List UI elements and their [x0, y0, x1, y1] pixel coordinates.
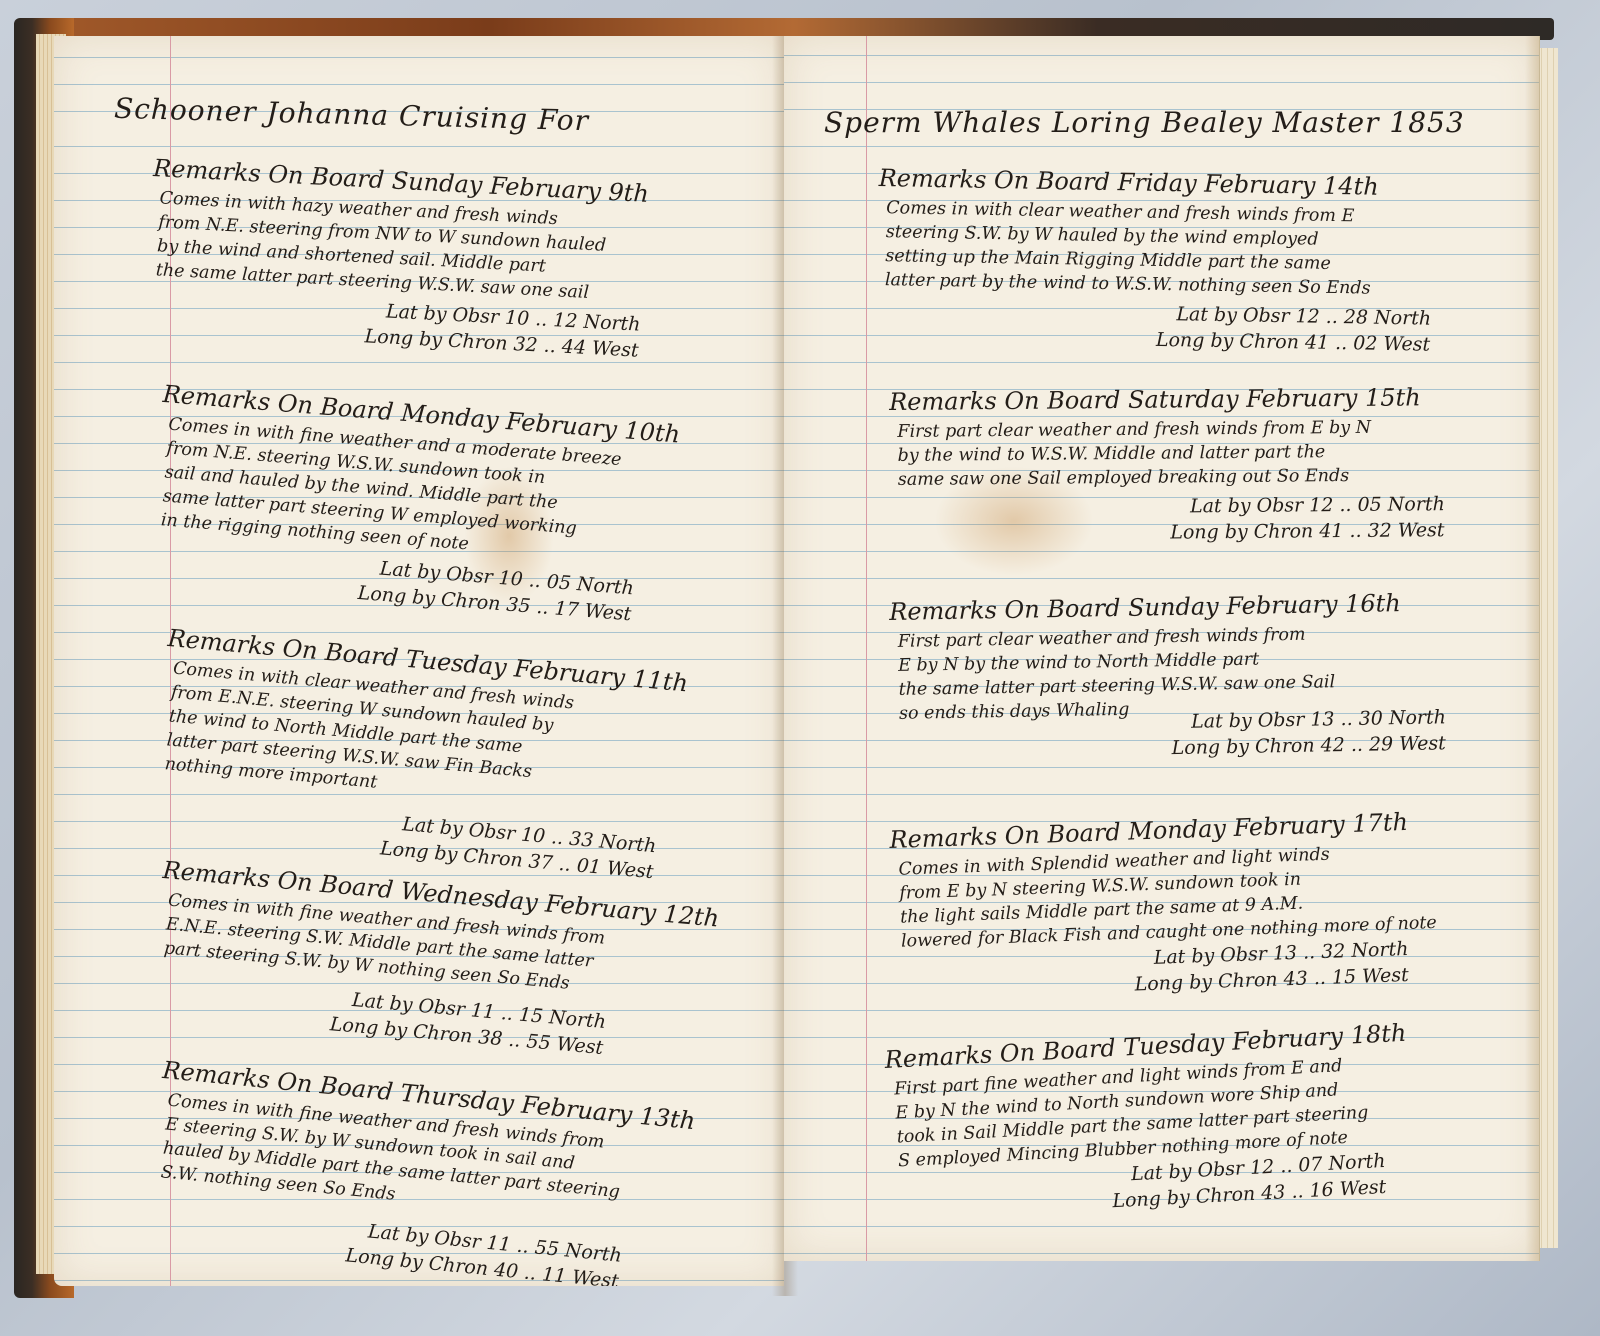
margin-rule	[866, 36, 867, 1261]
longitude: Long by Chron 41 .. 32 West	[1170, 519, 1444, 543]
entry-title: Remarks On Board Sunday February 16th	[889, 589, 1401, 626]
entry-line: First part clear weather and fresh winds…	[897, 418, 1371, 442]
right-page: Sperm Whales Loring Bealey Master 1853 R…	[784, 36, 1540, 1261]
longitude: Long by Chron 43 .. 15 West	[1134, 964, 1409, 996]
entry-line: E by N by the wind to North Middle part	[898, 650, 1259, 676]
entry-line: Comes in with clear weather and fresh wi…	[886, 198, 1354, 226]
entry-title: Remarks On Board Saturday February 15th	[889, 383, 1421, 416]
longitude: Long by Chron 41 .. 02 West	[1156, 329, 1431, 356]
latitude: Lat by Obsr 13 .. 32 North	[1153, 938, 1408, 969]
open-logbook: Schooner Johanna Cruising For Remarks On…	[14, 18, 1564, 1318]
entry-line: steering S.W. by W hauled by the wind em…	[886, 222, 1319, 250]
entry-line: setting up the Main Rigging Middle part …	[885, 246, 1331, 274]
page-header-right: Sperm Whales Loring Bealey Master 1853	[824, 106, 1465, 139]
latitude: Lat by Obsr 12 .. 28 North	[1176, 303, 1431, 329]
entry-line: First part clear weather and fresh winds…	[898, 625, 1306, 652]
left-page: Schooner Johanna Cruising For Remarks On…	[54, 36, 784, 1286]
longitude: Long by Chron 42 .. 29 West	[1171, 732, 1446, 759]
entry-title: Remarks On Board Monday February 17th	[889, 808, 1408, 854]
latitude: Lat by Obsr 13 .. 30 North	[1191, 706, 1446, 732]
entry-title: Remarks On Board Friday February 14th	[879, 164, 1379, 201]
entry-line: the same latter part steering W.S.W. saw…	[898, 672, 1335, 700]
entry-line: same saw one Sail employed breaking out …	[898, 466, 1350, 490]
latitude: Lat by Obsr 12 .. 05 North	[1190, 493, 1445, 517]
entry-line: so ends this days Whaling	[899, 700, 1130, 724]
page-header-left: Schooner Johanna Cruising For	[114, 92, 590, 137]
entry-line: by the wind to W.S.W. Middle and latter …	[898, 442, 1326, 466]
entry-line: latter part by the wind to W.S.W. nothin…	[885, 270, 1371, 298]
